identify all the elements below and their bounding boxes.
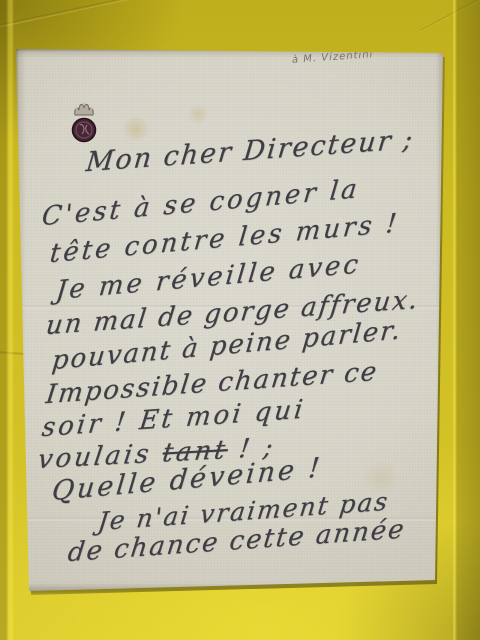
backdrop-crease	[0, 0, 168, 29]
paper-stain	[120, 117, 152, 141]
letter-paper: à M. Vizentini Mon cher Directeur ; C'es…	[16, 49, 443, 591]
paper-stain	[186, 105, 210, 123]
backdrop-fold-right	[453, 0, 480, 640]
letter-photograph: à M. Vizentini Mon cher Directeur ; C'es…	[0, 0, 480, 640]
crowned-monogram-seal-icon	[68, 99, 100, 149]
backdrop-fold-left	[0, 0, 14, 640]
